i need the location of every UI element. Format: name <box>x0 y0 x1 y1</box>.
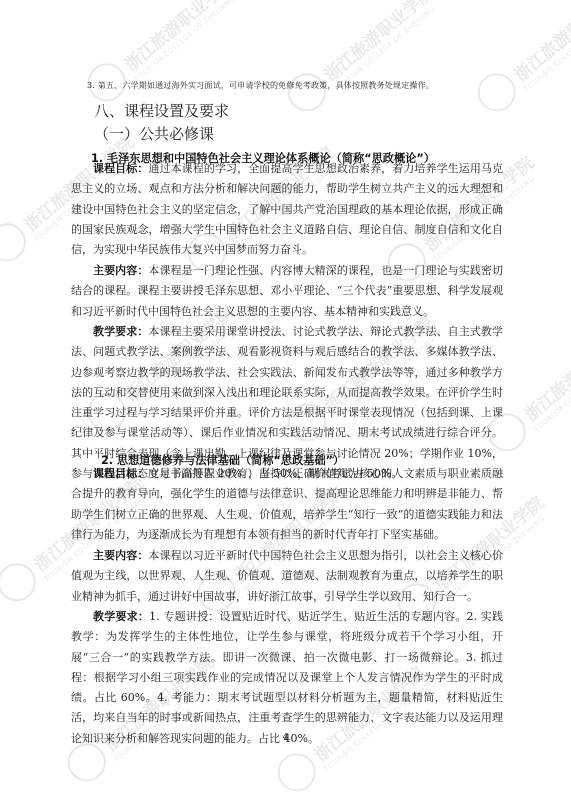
document-page: 3. 第五、六学期如通过海外实习面试，可申请学校的免修免考政策，具体按照教务处规… <box>0 0 571 808</box>
paragraph-label: 课程目标： <box>93 162 148 175</box>
note-line: 3. 第五、六学期如通过海外实习面试，可申请学校的免修免考政策，具体按照教务处规… <box>87 80 434 91</box>
course-2-content: 主要内容：本课程以习近平新时代中国特色社会主义思想为指引，以社会主义核心价值观为… <box>71 546 503 607</box>
paragraph-text: 通过本课程的学习，全面提高学生思想政治素养，着力培养学生运用马克思主义的立场、观… <box>71 162 503 256</box>
paragraph-label: 课程目标： <box>93 467 148 480</box>
course-1-objective: 课程目标：通过本课程的学习，全面提高学生思想政治素养，着力培养学生运用马克思主义… <box>71 159 503 260</box>
paragraph-text: 1. 专题讲授：设置贴近时代、贴近学生、贴近生活的专题内容。2. 实践教学：为发… <box>71 610 503 745</box>
paragraph-label: 教学要求： <box>93 325 148 338</box>
course-2-objective: 课程目标：立足于高等职业教育，坚持以正确价值观为核心的人文素质与职业素质融合提升… <box>71 464 503 545</box>
paragraph-label: 主要内容： <box>93 264 148 277</box>
section-title: 八、课程设置及要求 <box>94 100 229 121</box>
course-1-content: 主要内容：本课程是一门理论性强、内容博大精深的课程，也是一门理论与实践密切结合的… <box>71 261 503 322</box>
course-2-requirements: 教学要求：1. 专题讲授：设置贴近时代、贴近学生、贴近生活的专题内容。2. 实践… <box>71 607 503 749</box>
subsection-title: （一）公共必修课 <box>94 123 214 144</box>
paragraph-label: 教学要求： <box>93 610 149 623</box>
page-number: 4 <box>0 733 571 743</box>
paragraph-label: 主要内容： <box>93 549 148 562</box>
